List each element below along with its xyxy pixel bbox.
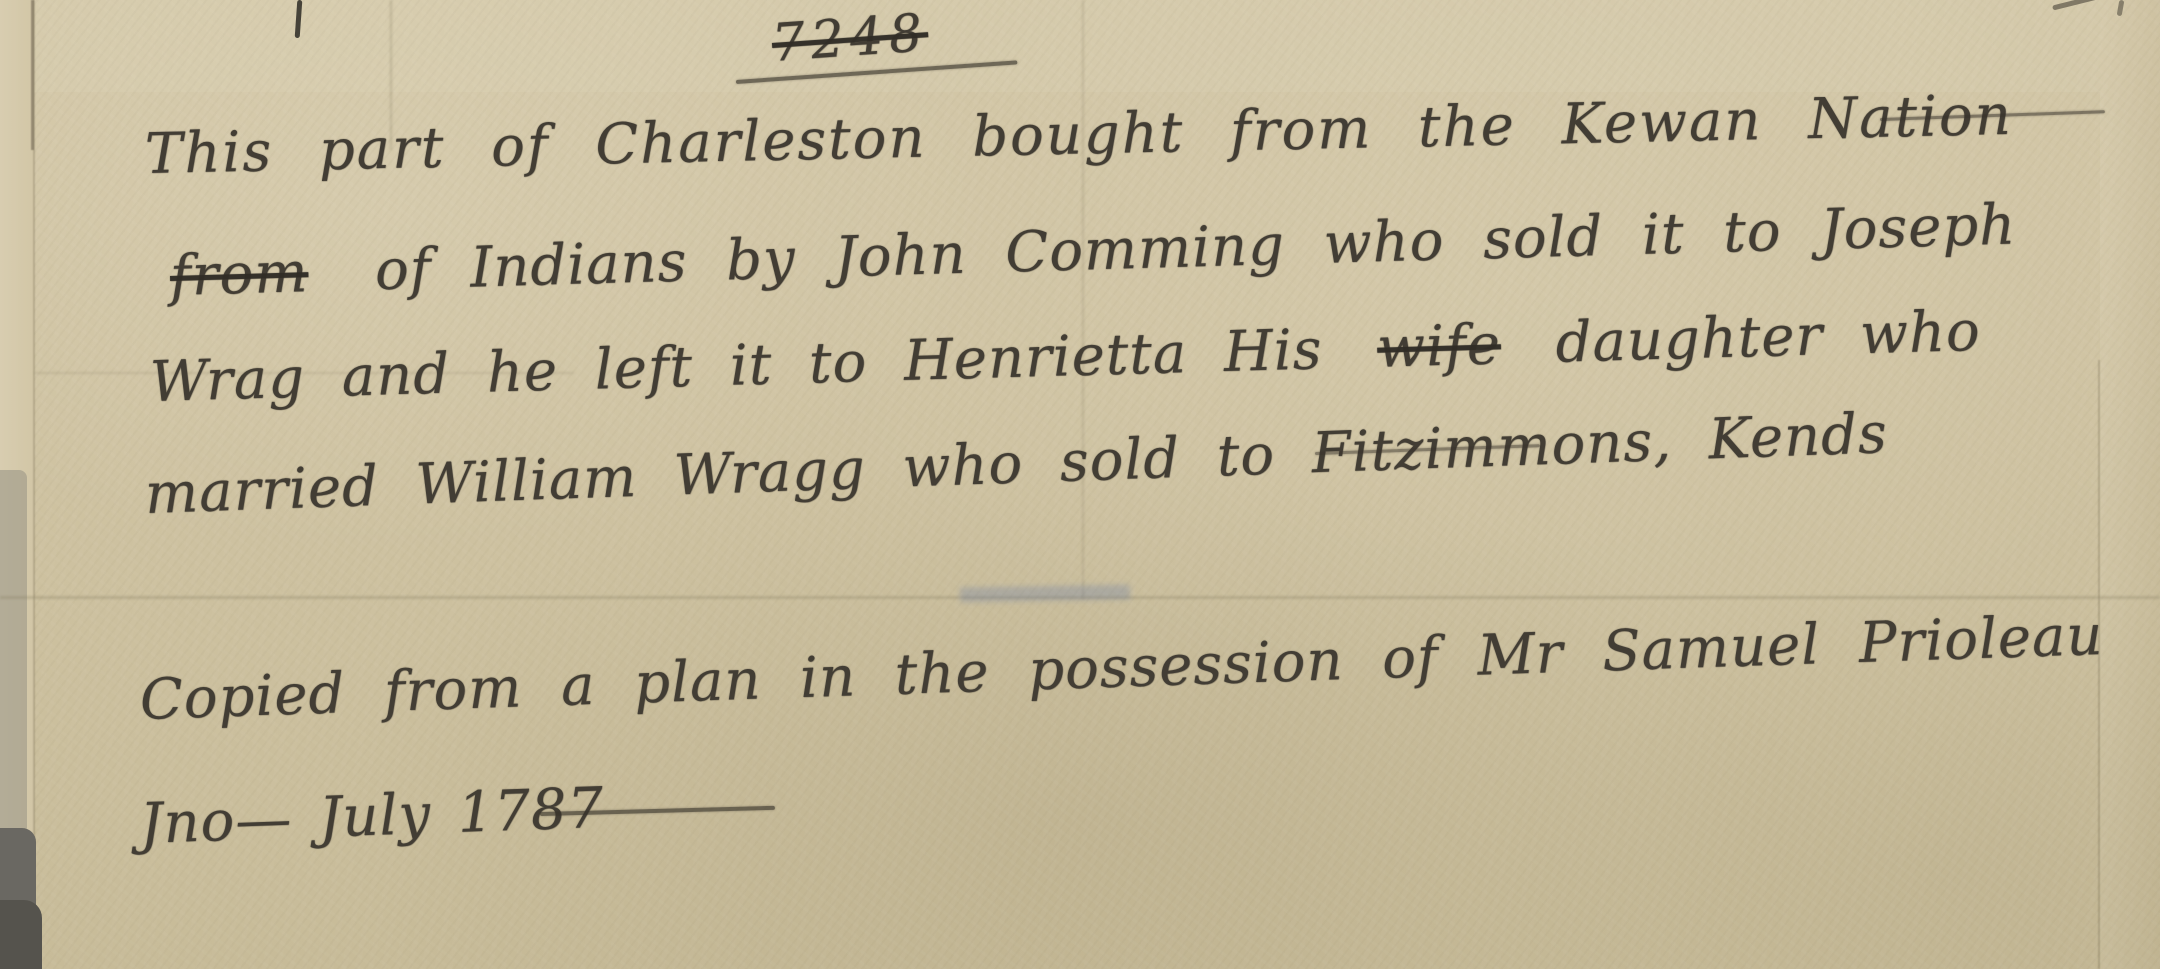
left-margin-strip (0, 0, 34, 969)
manuscript-line-2: from of Indians by John Comming who sold… (169, 192, 2017, 309)
line-4-text: married William Wragg who sold to Fitzim… (144, 401, 1889, 527)
line-1-text: This part of Charleston bought from the … (144, 83, 2013, 187)
ink-mark-top-right-2 (2117, 0, 2125, 16)
ink-stroke-top-left (295, 0, 303, 38)
right-margin-strip (2100, 0, 2160, 969)
manuscript-line-4: married William Wragg who sold to Fitzim… (144, 401, 1889, 527)
line-5-text: Copied from a plan in the possession of … (139, 603, 2104, 733)
line-3-text-b: daughter who (1555, 299, 1982, 376)
worn-edge-patch (0, 470, 27, 835)
manuscript-line-6: Jno— July 1787 (139, 776, 605, 857)
torn-corner-shadow (0, 828, 36, 969)
struck-word-from: from (169, 240, 309, 309)
line-2-text: of Indians by John Comming who sold it t… (374, 192, 2017, 303)
horizontal-fold-line (0, 596, 2160, 599)
blue-smudge (960, 585, 1130, 603)
struck-word-wife: wife (1376, 312, 1501, 380)
manuscript-line-5: Copied from a plan in the possession of … (139, 603, 2104, 733)
crossed-number: 7248 (770, 3, 930, 74)
torn-corner-dark (0, 900, 42, 969)
line-6-text: Jno— July 1787 (139, 776, 605, 857)
manuscript-line-3: Wrag and he left it to Henrietta His wif… (149, 299, 1981, 415)
vertical-crease (1082, 0, 1084, 600)
paper-patch-top (34, 0, 2100, 92)
line-3-text-a: Wrag and he left it to Henrietta His (149, 317, 1323, 415)
manuscript-line-1: This part of Charleston bought from the … (144, 83, 2013, 187)
left-seam-dark-top (31, 0, 34, 150)
manuscript-page: 7248 This part of Charleston bought from… (0, 0, 2160, 969)
ink-mark-top-right (2052, 0, 2098, 10)
